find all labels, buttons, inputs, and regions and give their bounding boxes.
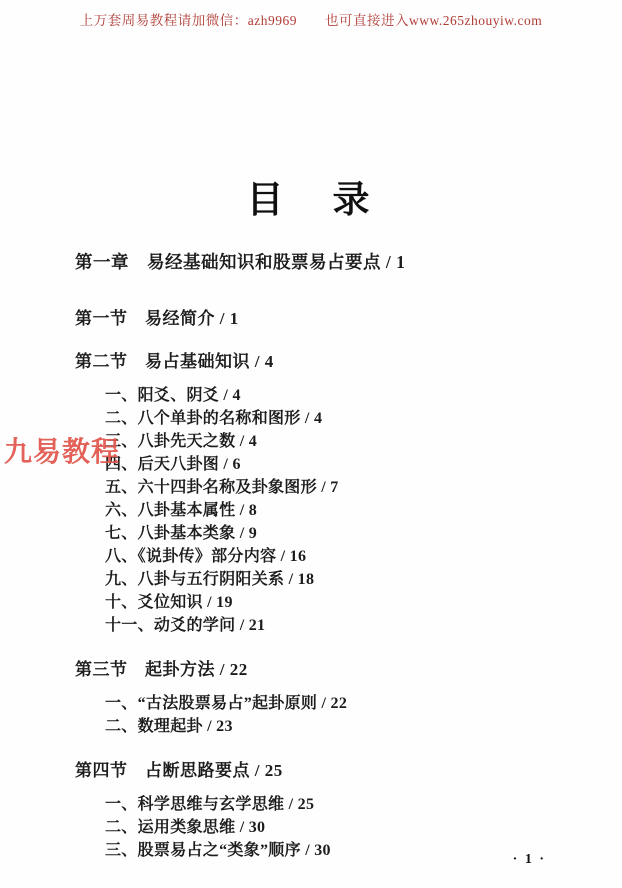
- toc-list: 第一章 易经基础知识和股票易占要点 / 1第一节 易经简介 / 1第二节 易占基…: [0, 249, 622, 862]
- toc-entry-item: 六、八卦基本属性 / 8: [105, 499, 622, 522]
- toc-entry-item: 一、科学思维与玄学思维 / 25: [105, 793, 622, 816]
- toc-entry-item: 七、八卦基本类象 / 9: [105, 522, 622, 545]
- toc-entry-item: 二、八个单卦的名称和图形 / 4: [105, 407, 622, 430]
- scanned-document-page: 上万套周易教程请加微信：azh9969 也可直接进入www.265zhouyiw…: [0, 0, 622, 888]
- toc-entry-section: 第二节 易占基础知识 / 4: [75, 347, 622, 372]
- page-title: 目 录: [0, 169, 622, 223]
- toc-entry-item: 一、“古法股票易占”起卦原则 / 22: [105, 692, 622, 715]
- toc-entry-section: 第一节 易经简介 / 1: [75, 304, 622, 329]
- toc-entry-item: 一、阳爻、阴爻 / 4: [105, 384, 622, 407]
- toc-entry-item: 九、八卦与五行阴阳关系 / 18: [105, 568, 622, 591]
- toc-entry-item: 二、数理起卦 / 23: [105, 715, 622, 738]
- toc-entry-item: 八、《说卦传》部分内容 / 16: [105, 545, 622, 568]
- toc-entry-item: 十、爻位知识 / 19: [105, 591, 622, 614]
- toc-entry-item: 三、八卦先天之数 / 4: [105, 430, 622, 453]
- toc-entry-section: 第四节 占断思路要点 / 25: [75, 756, 622, 781]
- toc-entry-item: 四、后天八卦图 / 6: [105, 453, 622, 476]
- page-number: · 1 ·: [513, 852, 546, 868]
- toc-entry-section: 第三节 起卦方法 / 22: [75, 655, 622, 680]
- toc-entry-chapter: 第一章 易经基础知识和股票易占要点 / 1: [75, 249, 622, 274]
- toc-entry-item: 五、六十四卦名称及卦象图形 / 7: [105, 476, 622, 499]
- toc-entry-item: 二、运用类象思维 / 30: [105, 816, 622, 839]
- promo-header-text: 上万套周易教程请加微信：azh9969 也可直接进入www.265zhouyiw…: [0, 0, 622, 29]
- toc-entry-item: 十一、动爻的学问 / 21: [105, 614, 622, 637]
